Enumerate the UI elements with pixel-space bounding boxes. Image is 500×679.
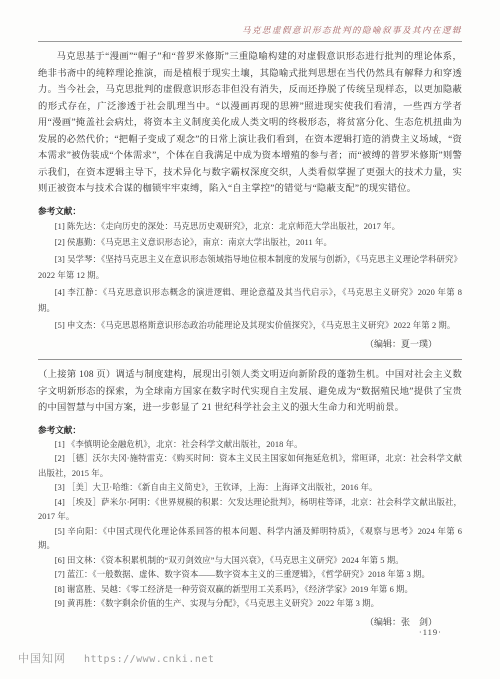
reference-item: [2] 侯惠勤：《马克思主义意识形态论》，南京：南京大学出版社，2011 年。 (38, 235, 462, 252)
page-number: ·119· (419, 627, 442, 637)
reference-item: [3] 吴学琴：《坚持马克思主义在意识形态领域指导地位根本制度的发展与创新》，《… (38, 252, 462, 285)
reference-list-2: [1] 《李慎明论金融危机》，北京：社会科学文献出版社，2018 年。 [2] … (38, 438, 462, 612)
cnki-watermark: 中国知网https://www.cnki.net (18, 650, 214, 666)
section-divider-rule (38, 359, 462, 360)
references-title-2: 参考文献： (38, 424, 462, 436)
reference-item: [8] 谢富胜、吴越：《零工经济是一种劳资双赢的新型用工关系吗》，《经济学家》2… (38, 583, 462, 598)
reference-item: [5] 辛向阳：《中国式现代化理论体系回答的根本问题、科学内涵及鲜明特质》，《观… (38, 525, 462, 554)
editor-note-1: （编辑：夏一璞） (38, 337, 437, 351)
reference-item: [1] 《李慎明论金融危机》，北京：社会科学文献出版社，2018 年。 (38, 438, 462, 453)
cnki-url: https://www.cnki.net (84, 654, 214, 665)
cnki-site-name: 中国知网 (18, 653, 66, 665)
reference-list-1: [1] 陈先达：《走向历史的深处：马克思历史观研究》，北京：北京师范大学出版社，… (38, 219, 462, 335)
reference-item: [4] ［埃及］萨米尔·阿明：《世界规模的积累：欠发达理论批判》，杨明柱等译，北… (38, 496, 462, 525)
continued-article-paragraph: （上接第 108 页）调适与制度建构，展现出引领人类文明迈向新阶段的蓬勃生机。中… (38, 367, 462, 417)
journal-page: 马克思虚假意识形态批判的隐喻叙事及其内在逻辑 马克思基于“漫画”“帽子”和“普罗… (0, 0, 500, 679)
editor-note-2: （编辑：张 剑） (38, 615, 437, 629)
header-rule (38, 41, 462, 42)
article-closing-paragraph: 马克思基于“漫画”“帽子”和“普罗米修斯”三重隐喻构建的对虚假意识形态进行批判的… (38, 49, 462, 198)
reference-item: [3] ［美］大卫·哈维：《新自由主义简史》，王钦译，上海：上海译文出版社，20… (38, 481, 462, 496)
reference-item: [2] ［德］沃尔夫冈·施特雷克：《购买时间：资本主义民主国家如何拖延危机》，常… (38, 452, 462, 481)
reference-item: [5] 申文杰：《马克思恩格斯意识形态政治功能理论及其现实价值探究》，《马克思主… (38, 318, 462, 335)
continuation-note: （上接第 108 页） (38, 370, 116, 380)
reference-item: [4] 李江静：《马克思意识形态概念的演进逻辑、理论意蕴及其当代启示》，《马克思… (38, 285, 462, 318)
reference-item: [1] 陈先达：《走向历史的深处：马克思历史观研究》，北京：北京师范大学出版社，… (38, 219, 462, 236)
reference-item: [7] 蓝江：《一般数据、虚体、数字资本——数字资本主义的三重逻辑》，《哲学研究… (38, 568, 462, 583)
references-title-1: 参考文献： (38, 205, 462, 217)
reference-item: [6] 田文林：《资本积累机制的“双刃剑效应”与大国兴衰》，《马克思主义研究》2… (38, 554, 462, 569)
running-head: 马克思虚假意识形态批判的隐喻叙事及其内在逻辑 (38, 25, 462, 36)
reference-item: [9] 黄再胜：《数字剩余价值的生产、实现与分配》，《马克思主义研究》2022 … (38, 597, 462, 612)
